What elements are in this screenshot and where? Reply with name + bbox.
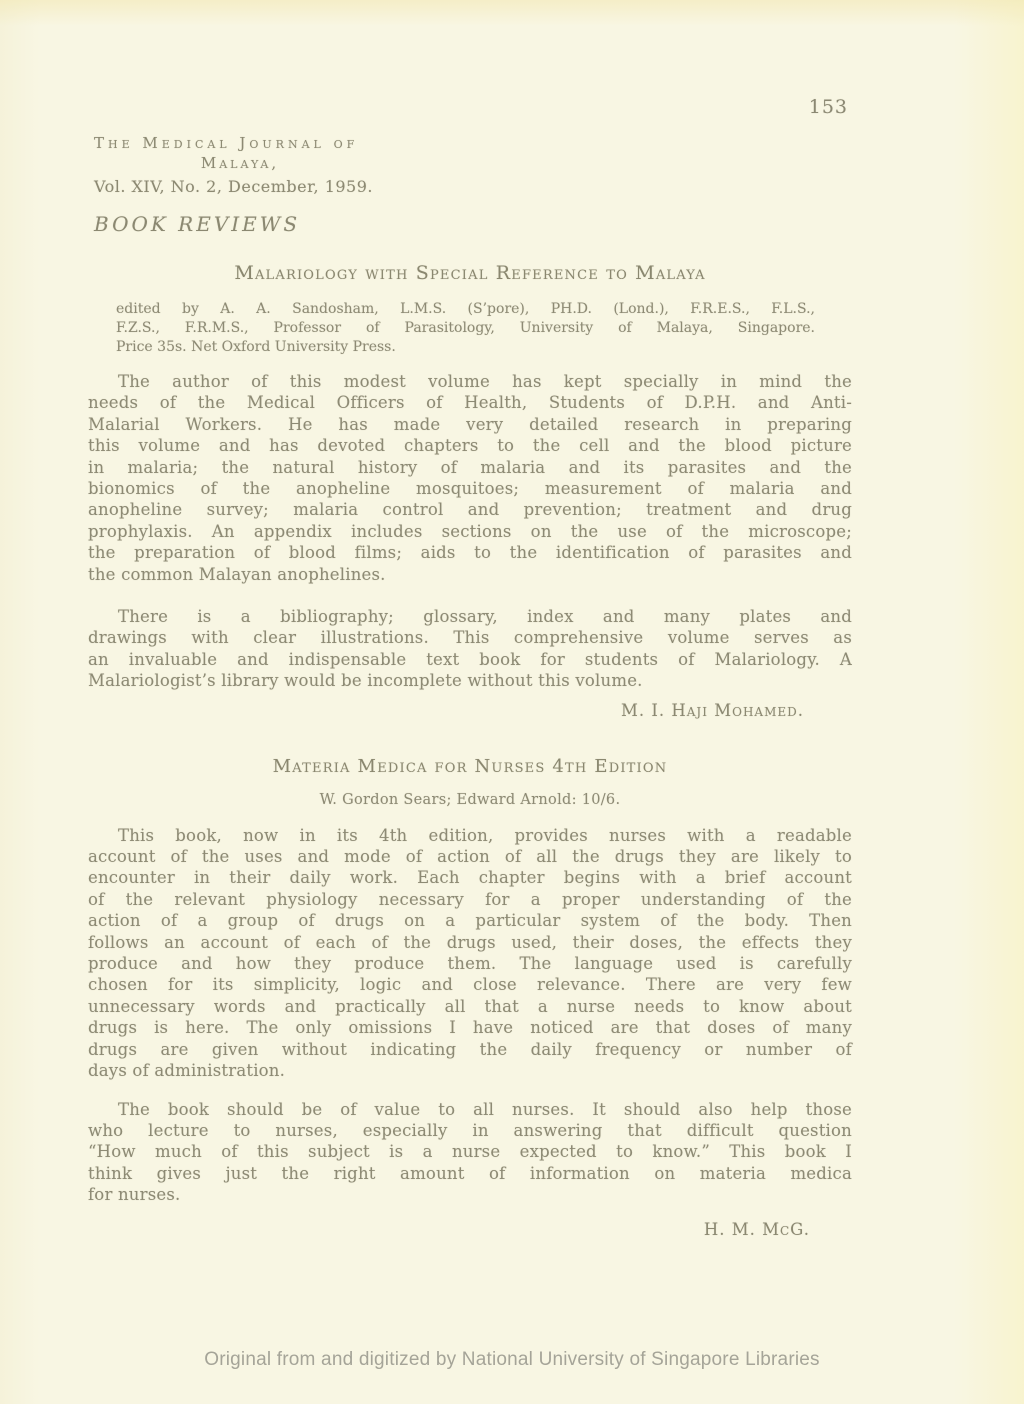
- text-line: drugs are given without indicating the d…: [88, 1039, 852, 1060]
- text-line: days of administration.: [88, 1060, 852, 1081]
- text-line: There is a bibliography; glossary, index…: [88, 606, 852, 627]
- review-1-signature: M. I. Haji Mohamed.: [88, 701, 804, 720]
- text-line: an invaluable and indispensable text boo…: [88, 649, 852, 670]
- text-line: this volume and has devoted chapters to …: [88, 435, 852, 456]
- text-line: the preparation of blood films; aids to …: [88, 542, 852, 563]
- text-line: This book, now in its 4th edition, provi…: [88, 825, 852, 846]
- text-line: Malariologist’s library would be incompl…: [88, 670, 852, 691]
- digitization-credit: Original from and digitized by National …: [0, 1349, 1024, 1371]
- text-line: Malarial Workers. He has made very detai…: [88, 414, 852, 435]
- review-2-title: Materia Medica for Nurses 4th Edition: [88, 756, 852, 777]
- text-line: follows an account of each of the drugs …: [88, 932, 852, 953]
- text-line: anopheline survey; malaria control and p…: [88, 499, 852, 520]
- text-line: Price 35s. Net Oxford University Press.: [116, 338, 815, 357]
- text-line: encounter in their daily work. Each chap…: [88, 867, 852, 888]
- review-2-signature: H. M. McG.: [88, 1220, 810, 1239]
- text-line: produce and how they produce them. The l…: [88, 953, 852, 974]
- journal-volume-line: Vol. XIV, No. 2, December, 1959.: [94, 177, 852, 196]
- review-2-paragraph-1: This book, now in its 4th edition, provi…: [88, 825, 852, 1082]
- text-line: needs of the Medical Officers of Health,…: [88, 392, 852, 413]
- text-line: drugs is here. The only omissions I have…: [88, 1017, 852, 1038]
- text-line: F.Z.S., F.R.M.S., Professor of Parasitol…: [116, 319, 815, 338]
- text-line: prophylaxis. An appendix includes sectio…: [88, 521, 852, 542]
- text-line: action of a group of drugs on a particul…: [88, 910, 852, 931]
- text-line: chosen for its simplicity, logic and clo…: [88, 974, 852, 995]
- text-line: bionomics of the anopheline mosquitoes; …: [88, 478, 852, 499]
- text-line: account of the uses and mode of action o…: [88, 846, 852, 867]
- review-2-byline: W. Gordon Sears; Edward Arnold: 10/6.: [88, 792, 852, 808]
- review-2-paragraph-2: The book should be of value to all nurse…: [88, 1099, 852, 1206]
- text-line: the common Malayan anophelines.: [88, 564, 852, 585]
- book-reviews-heading: BOOK REVIEWS: [94, 212, 852, 236]
- text-line: who lecture to nurses, especially in ans…: [88, 1120, 852, 1141]
- text-line: drawings with clear illustrations. This …: [88, 627, 852, 648]
- scanned-page: 153 The Medical Journal of Malaya, Vol. …: [0, 0, 1024, 1404]
- text-line: unnecessary words and practically all th…: [88, 996, 852, 1017]
- text-line: The author of this modest volume has kep…: [88, 371, 852, 392]
- journal-title-line2: Malaya,: [94, 154, 386, 172]
- review-1-credit: edited by A. A. Sandosham, L.M.S. (S’por…: [116, 300, 815, 357]
- page-content: The Medical Journal of Malaya, Vol. XIV,…: [88, 0, 852, 1239]
- text-line: for nurses.: [88, 1184, 852, 1205]
- text-line: in malaria; the natural history of malar…: [88, 457, 852, 478]
- review-1-paragraph-1: The author of this modest volume has kep…: [88, 371, 852, 585]
- review-1-title: Malariology with Special Reference to Ma…: [88, 262, 852, 284]
- journal-title-line1: The Medical Journal of: [94, 134, 852, 152]
- journal-masthead: The Medical Journal of Malaya, Vol. XIV,…: [94, 134, 852, 196]
- text-line: The book should be of value to all nurse…: [88, 1099, 852, 1120]
- text-line: think gives just the right amount of inf…: [88, 1163, 852, 1184]
- text-line: edited by A. A. Sandosham, L.M.S. (S’por…: [116, 300, 815, 319]
- review-1-paragraph-2: There is a bibliography; glossary, index…: [88, 606, 852, 692]
- text-line: “How much of this subject is a nurse exp…: [88, 1141, 852, 1162]
- text-line: of the relevant physiology necessary for…: [88, 889, 852, 910]
